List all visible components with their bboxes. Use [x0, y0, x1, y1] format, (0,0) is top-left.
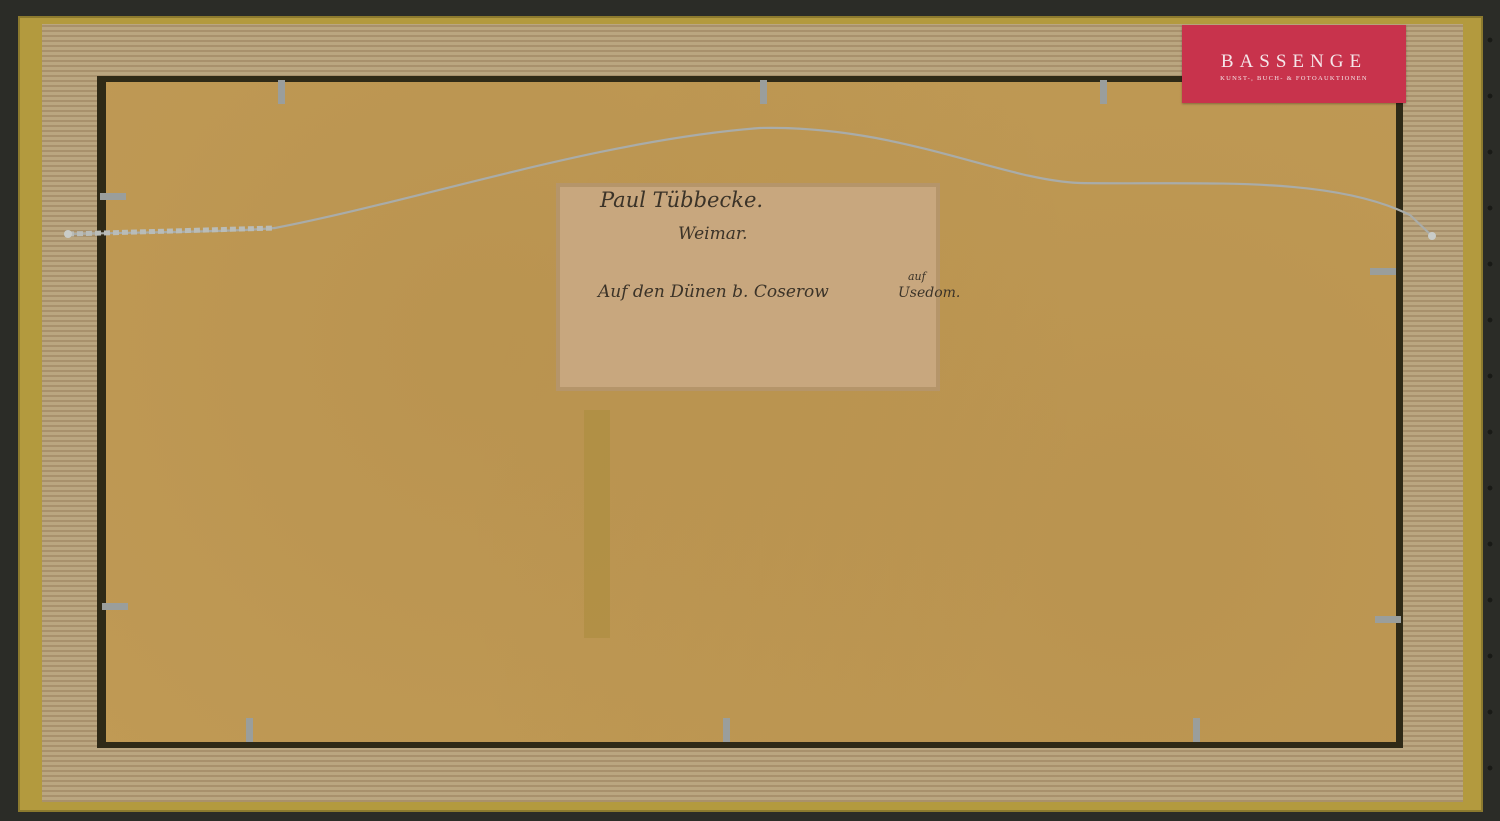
- screw-eye-icon: [64, 230, 72, 238]
- screw-eye-icon: [1428, 232, 1436, 240]
- hanging-wire: [0, 0, 1500, 821]
